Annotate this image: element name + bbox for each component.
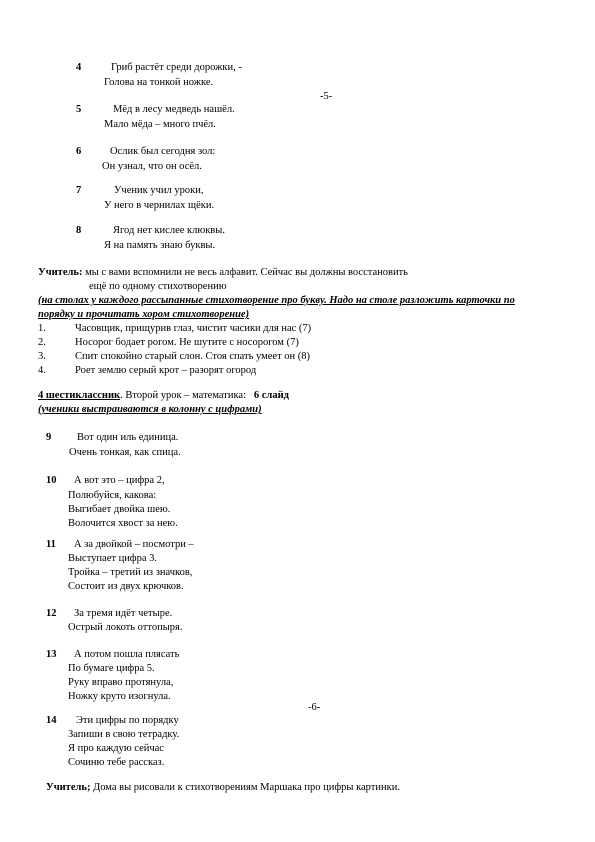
teacher-text-cont: ещё по одному стихотворению: [89, 280, 227, 293]
list-item: Носорог бодает рогом. Не шутите с носоро…: [75, 336, 299, 349]
list-number: 1.: [38, 322, 46, 335]
riddle-line: У него в чернилах щёки.: [104, 199, 214, 212]
teacher-text: мы с вами вспомнили не весь алфавит. Сей…: [82, 267, 408, 278]
section-title: . Второй урок – математика:: [120, 390, 246, 401]
teacher-label: Учитель;: [46, 782, 90, 793]
riddle-number: 10: [46, 474, 57, 487]
riddle-line: Ученик учил уроки,: [114, 184, 203, 197]
riddle-number: 14: [46, 714, 57, 727]
riddle-line: Острый локоть оттопыря.: [68, 621, 182, 634]
teacher-label: Учитель:: [38, 267, 82, 278]
riddle-line: Выгибает двойка шею.: [68, 503, 170, 516]
riddle-line: Ягод нет кислее клюквы.: [113, 224, 225, 237]
riddle-line: Сочиню тебе рассказ.: [68, 756, 164, 769]
riddle-line: А за двойкой – посмотри –: [74, 538, 194, 551]
riddle-number: 8: [76, 224, 81, 237]
riddle-line: Ножку круто изогнула.: [68, 690, 171, 703]
riddle-number: 11: [46, 538, 56, 551]
riddle-line: Состоит из двух крючков.: [68, 580, 184, 593]
riddle-line: А вот это – цифра 2,: [74, 474, 165, 487]
riddle-line: Руку вправо протянула,: [68, 676, 173, 689]
stage-note-cont: порядку и прочитать хором стихотворение): [38, 308, 249, 321]
section-heading: 4 шестиклассник. Второй урок – математик…: [38, 389, 289, 402]
riddle-number: 7: [76, 184, 81, 197]
riddle-line: Мёд в лесу медведь нашёл.: [113, 103, 235, 116]
riddle-line: Голова на тонкой ножке.: [104, 76, 213, 89]
riddle-line: Эти цифры по порядку: [76, 714, 179, 727]
page-number: -5-: [320, 90, 332, 103]
list-item: Часовщик, прищурив глаз, чистит часики д…: [75, 322, 311, 335]
stage-note: (на столах у каждого рассыпанные стихотв…: [38, 294, 515, 307]
list-item: Спит спокойно старый слон. Стоя спать ум…: [75, 350, 310, 363]
riddle-line: Выступает цифра 3.: [68, 552, 157, 565]
riddle-line: А потом пошла плясать: [74, 648, 179, 661]
riddle-number: 9: [46, 431, 51, 444]
riddle-number: 6: [76, 145, 81, 158]
riddle-line: Полюбуйся, какова:: [68, 489, 156, 502]
riddle-line: За тремя идёт четыре.: [74, 607, 172, 620]
list-item: Роет землю серый крот – разорят огород: [75, 364, 256, 377]
riddle-line: Я на память знаю буквы.: [104, 239, 215, 252]
list-number: 3.: [38, 350, 46, 363]
riddle-line: Тройка – третий из значков,: [68, 566, 192, 579]
riddle-number: 4: [76, 61, 81, 74]
list-number: 4.: [38, 364, 46, 377]
riddle-line: По бумаге цифра 5.: [68, 662, 155, 675]
stage-note: (ученики выстраиваются в колонну с цифра…: [38, 403, 262, 416]
riddle-number: 13: [46, 648, 57, 661]
riddle-line: Волочится хвост за нею.: [68, 517, 178, 530]
riddle-line: Вот один иль единица.: [77, 431, 178, 444]
riddle-line: Гриб растёт среди дорожки, -: [111, 61, 242, 74]
station-label: 4 шестиклассник: [38, 390, 120, 401]
teacher-line: Учитель: мы с вами вспомнили не весь алф…: [38, 266, 408, 279]
slide-label: 6 слайд: [254, 390, 289, 401]
riddle-line: Мало мёда – много пчёл.: [104, 118, 216, 131]
teacher-line: Учитель; Дома вы рисовали к стихотворени…: [46, 781, 400, 794]
riddle-line: Ослик был сегодня зол:: [110, 145, 215, 158]
list-number: 2.: [38, 336, 46, 349]
riddle-line: Он узнал, что он осёл.: [102, 160, 202, 173]
riddle-line: Я про каждую сейчас: [68, 742, 164, 755]
riddle-line: Очень тонкая, как спица.: [69, 446, 181, 459]
teacher-text: Дома вы рисовали к стихотворениям Маршак…: [90, 782, 400, 793]
riddle-number: 12: [46, 607, 57, 620]
riddle-number: 5: [76, 103, 81, 116]
riddle-line: Запиши в свою тетрадку.: [68, 728, 179, 741]
page-number: -6-: [308, 701, 320, 714]
